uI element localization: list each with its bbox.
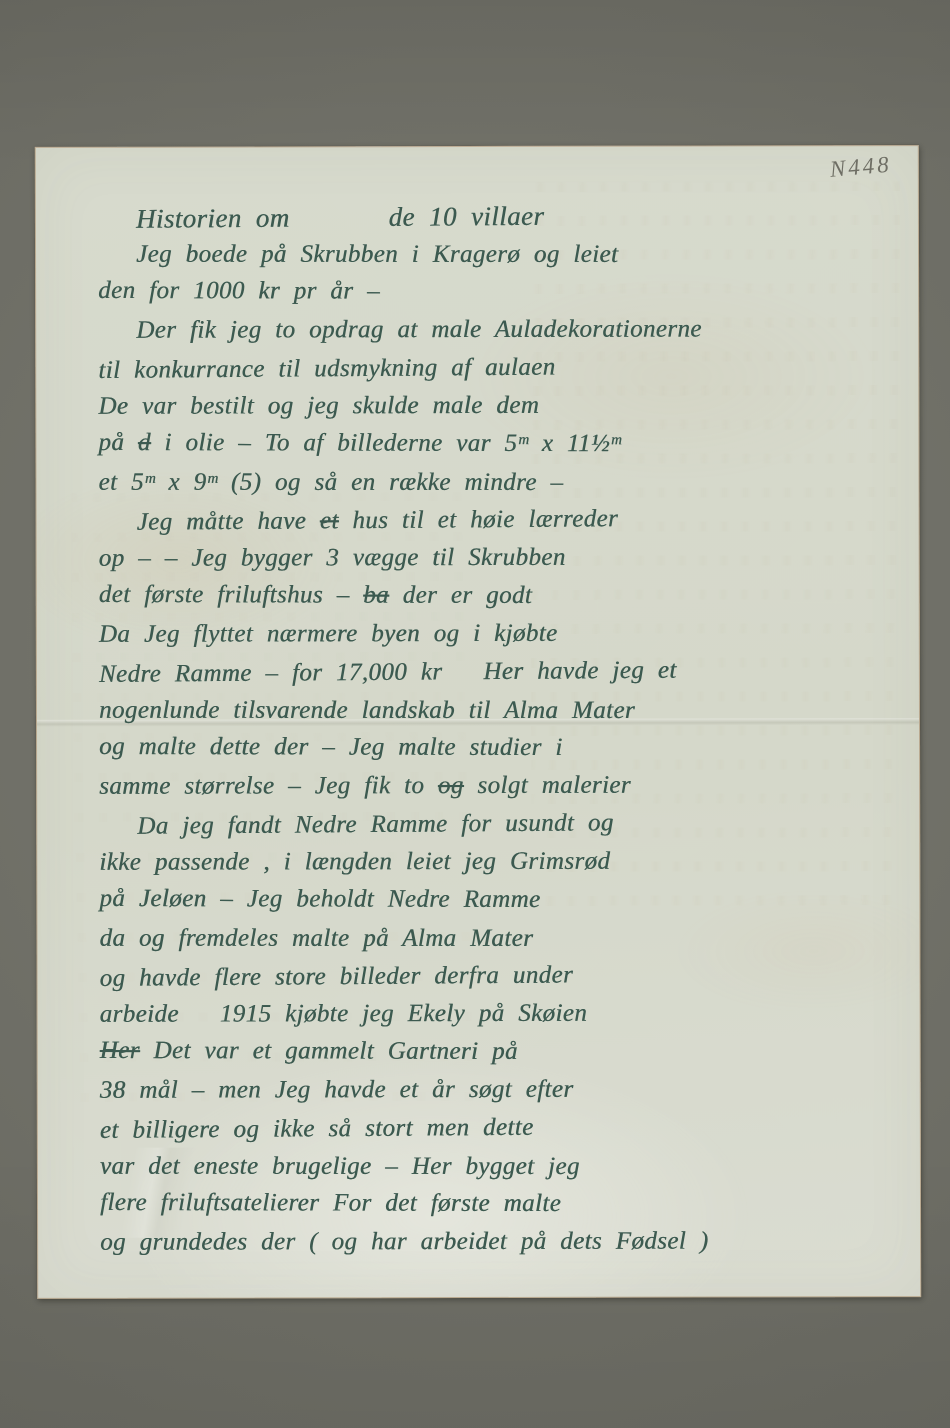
handwritten-line: 38 mål – men Jeg havde et år søgt efter	[100, 1070, 920, 1110]
handwritten-line: det første friluftshus – ba der er godt	[99, 576, 919, 616]
line-segment: Det var et gammelt Gartneri på	[140, 1037, 518, 1065]
handwritten-line: Der fik jeg to opdrag at male Auladekora…	[136, 310, 918, 350]
handwritten-line: nogenlunde tilsvarende landskab til Alma…	[99, 692, 919, 730]
handwritten-line: ikke passende , i længden leiet jeg Grim…	[99, 842, 919, 882]
handwritten-line: flere friluftsatelierer For det første m…	[100, 1184, 920, 1224]
handwritten-line: Da Jeg flyttet nærmere byen og i kjøbte	[99, 614, 919, 654]
struck-word: d	[138, 429, 151, 456]
letter-page: N448 Historien om de 10 villaerJeg boede…	[35, 145, 921, 1299]
line-segment: på	[98, 429, 138, 456]
handwritten-line: arbeide 1915 kjøbte jeg Ekely på Skøien	[100, 994, 920, 1034]
line-segment: hus til et høie lærreder	[339, 505, 619, 534]
handwritten-line: til konkurrance til udsmykning af aulaen	[98, 346, 918, 390]
handwritten-line: Da jeg fandt Nedre Ramme for usundt og	[137, 802, 919, 846]
handwritten-line: Jeg boede på Skrubben i Kragerø og leiet	[136, 236, 918, 274]
handwritten-line: og grundedes der ( og har arbeidet på de…	[100, 1222, 920, 1262]
struck-word: ba	[363, 582, 389, 609]
line-segment: Jeg måtte have	[136, 507, 319, 535]
photographed-letter: { "annotation": { "catalog_number": "N44…	[0, 0, 950, 1428]
handwritten-line: Her Det var et gammelt Gartneri på	[100, 1032, 920, 1072]
handwritten-line: på Jeløen – Jeg beholdt Nedre Ramme	[99, 880, 919, 920]
catalog-number: N448	[829, 151, 893, 182]
handwritten-line: på d i olie – To af billederne var 5ᵐ x …	[98, 424, 918, 464]
line-segment: der er godt	[389, 582, 532, 609]
handwritten-line: et billigere og ikke så stort men dette	[100, 1106, 920, 1150]
line-segment: i olie – To af billederne var 5ᵐ x 11½ᵐ	[151, 429, 621, 457]
handwritten-line: samme størrelse – Jeg fik to og solgt ma…	[99, 766, 919, 806]
handwritten-line: den for 1000 kr pr år –	[98, 272, 918, 312]
handwritten-line: Nedre Ramme – for 17,000 kr Her havde je…	[99, 650, 919, 694]
struck-word: et	[320, 507, 339, 534]
handwritten-line: var det eneste brugelige – Her bygget je…	[100, 1148, 920, 1186]
line-segment: solgt malerier	[464, 772, 631, 799]
handwritten-text: Historien om de 10 villaerJeg boede på S…	[36, 196, 920, 1262]
handwritten-line: og havde flere store billeder derfra und…	[99, 954, 919, 998]
handwritten-line: et 5ᵐ x 9ᵐ (5) og så en række mindre –	[98, 464, 918, 502]
line-segment: samme størrelse – Jeg fik to	[99, 772, 438, 800]
handwritten-line: op – – Jeg bygger 3 vægge til Skrubben	[99, 538, 919, 578]
struck-word: Her	[100, 1037, 140, 1064]
handwritten-line: Historien om de 10 villaer	[136, 194, 918, 238]
handwritten-line: De var bestilt og jeg skulde male dem	[98, 386, 918, 426]
handwritten-line: da og fremdeles malte på Alma Mater	[99, 920, 919, 958]
line-segment: det første friluftshus –	[99, 581, 363, 609]
handwritten-line: Jeg måtte have et hus til et høie lærred…	[136, 498, 918, 542]
struck-word: og	[438, 772, 464, 799]
handwritten-line: og malte dette der – Jeg malte studier i	[99, 728, 919, 768]
